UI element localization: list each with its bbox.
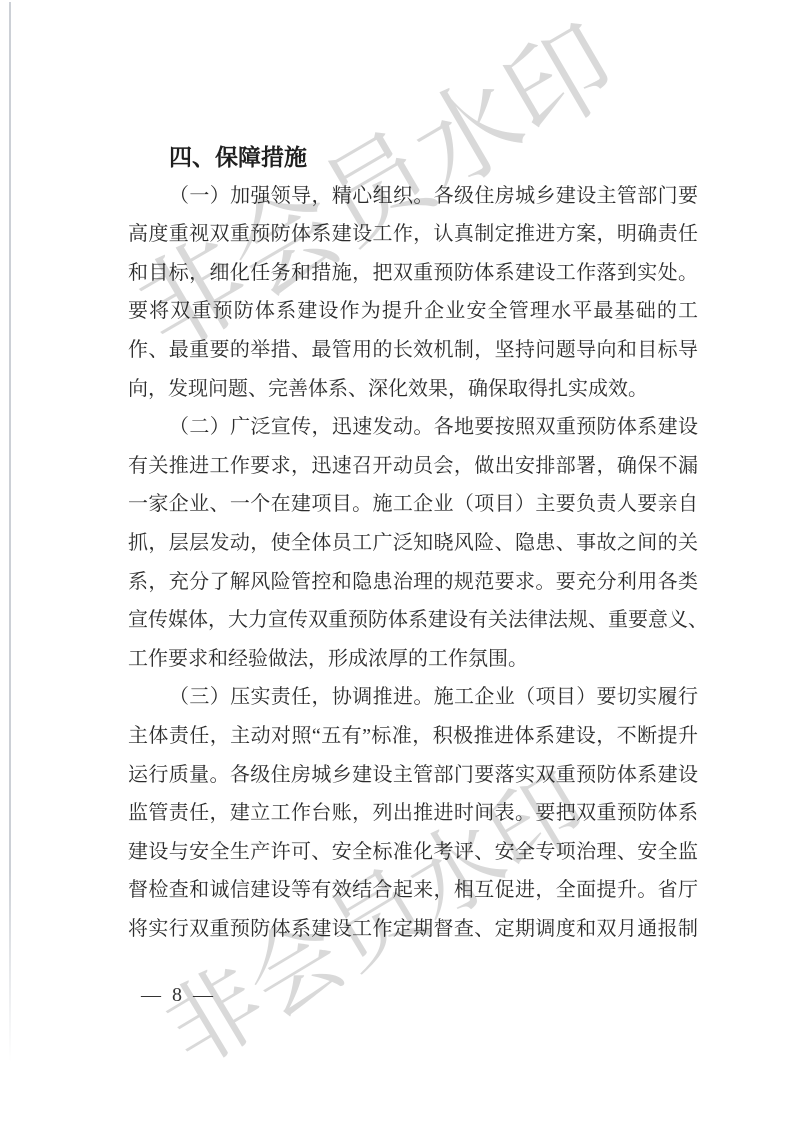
paragraph-line: 高度重视双重预防体系建设工作，认真制定推进方案，明确责任 [128,215,698,254]
paragraph-line: 一家企业、一个在建项目。施工企业（项目）主要负责人要亲自 [128,485,698,524]
paragraph-line: 抓，层层发动，使全体员工广泛知晓风险、隐患、事故之间的关 [128,524,698,563]
page-number: — 8 — [141,984,216,1007]
paragraph-line: 运行质量。各级住房城乡建设主管部门要落实双重预防体系建设 [128,756,698,795]
document-body: 四、保障措施 （一）加强领导，精心组织。各级住房城乡建设主管部门要 高度重视双重… [128,138,698,948]
scan-edge-line [9,2,11,1062]
scanned-document-page: 非会员水印 非会员水印 四、保障措施 （一）加强领导，精心组织。各级住房城乡建设… [0,0,793,1122]
paragraph-line: 有关推进工作要求，迅速召开动员会，做出安排部署，确保不漏 [128,447,698,486]
paragraph-line: （一）加强领导，精心组织。各级住房城乡建设主管部门要 [128,177,698,216]
paragraph-line: 将实行双重预防体系建设工作定期督查、定期调度和双月通报制 [128,910,698,949]
paragraph-line: 主体责任，主动对照“五有”标准，积极推进体系建设，不断提升 [128,717,698,756]
paragraph-line: （三）压实责任，协调推进。施工企业（项目）要切实履行 [128,678,698,717]
paragraph-line: 系，充分了解风险管控和隐患治理的规范要求。要充分利用各类 [128,563,698,602]
paragraph-line: 和目标，细化任务和措施，把双重预防体系建设工作落到实处。 [128,254,698,293]
paragraph-line: 工作要求和经验做法，形成浓厚的工作氛围。 [128,640,698,679]
paragraph-line: 监管责任，建立工作台账，列出推进时间表。要把双重预防体系 [128,794,698,833]
paragraph-line: 作、最重要的举措、最管用的长效机制，坚持问题导向和目标导 [128,331,698,370]
paragraph-line: 宣传媒体，大力宣传双重预防体系建设有关法律法规、重要意义、 [128,601,698,640]
section-heading: 四、保障措施 [128,138,698,177]
paragraph-line: 要将双重预防体系建设作为提升企业安全管理水平最基础的工 [128,292,698,331]
paragraph-line: 建设与安全生产许可、安全标准化考评、安全专项治理、安全监 [128,833,698,872]
paragraph-line: （二）广泛宣传，迅速发动。各地要按照双重预防体系建设 [128,408,698,447]
paragraph-line: 督检查和诚信建设等有效结合起来，相互促进，全面提升。省厅 [128,871,698,910]
paragraph-line: 向，发现问题、完善体系、深化效果，确保取得扎实成效。 [128,370,698,409]
